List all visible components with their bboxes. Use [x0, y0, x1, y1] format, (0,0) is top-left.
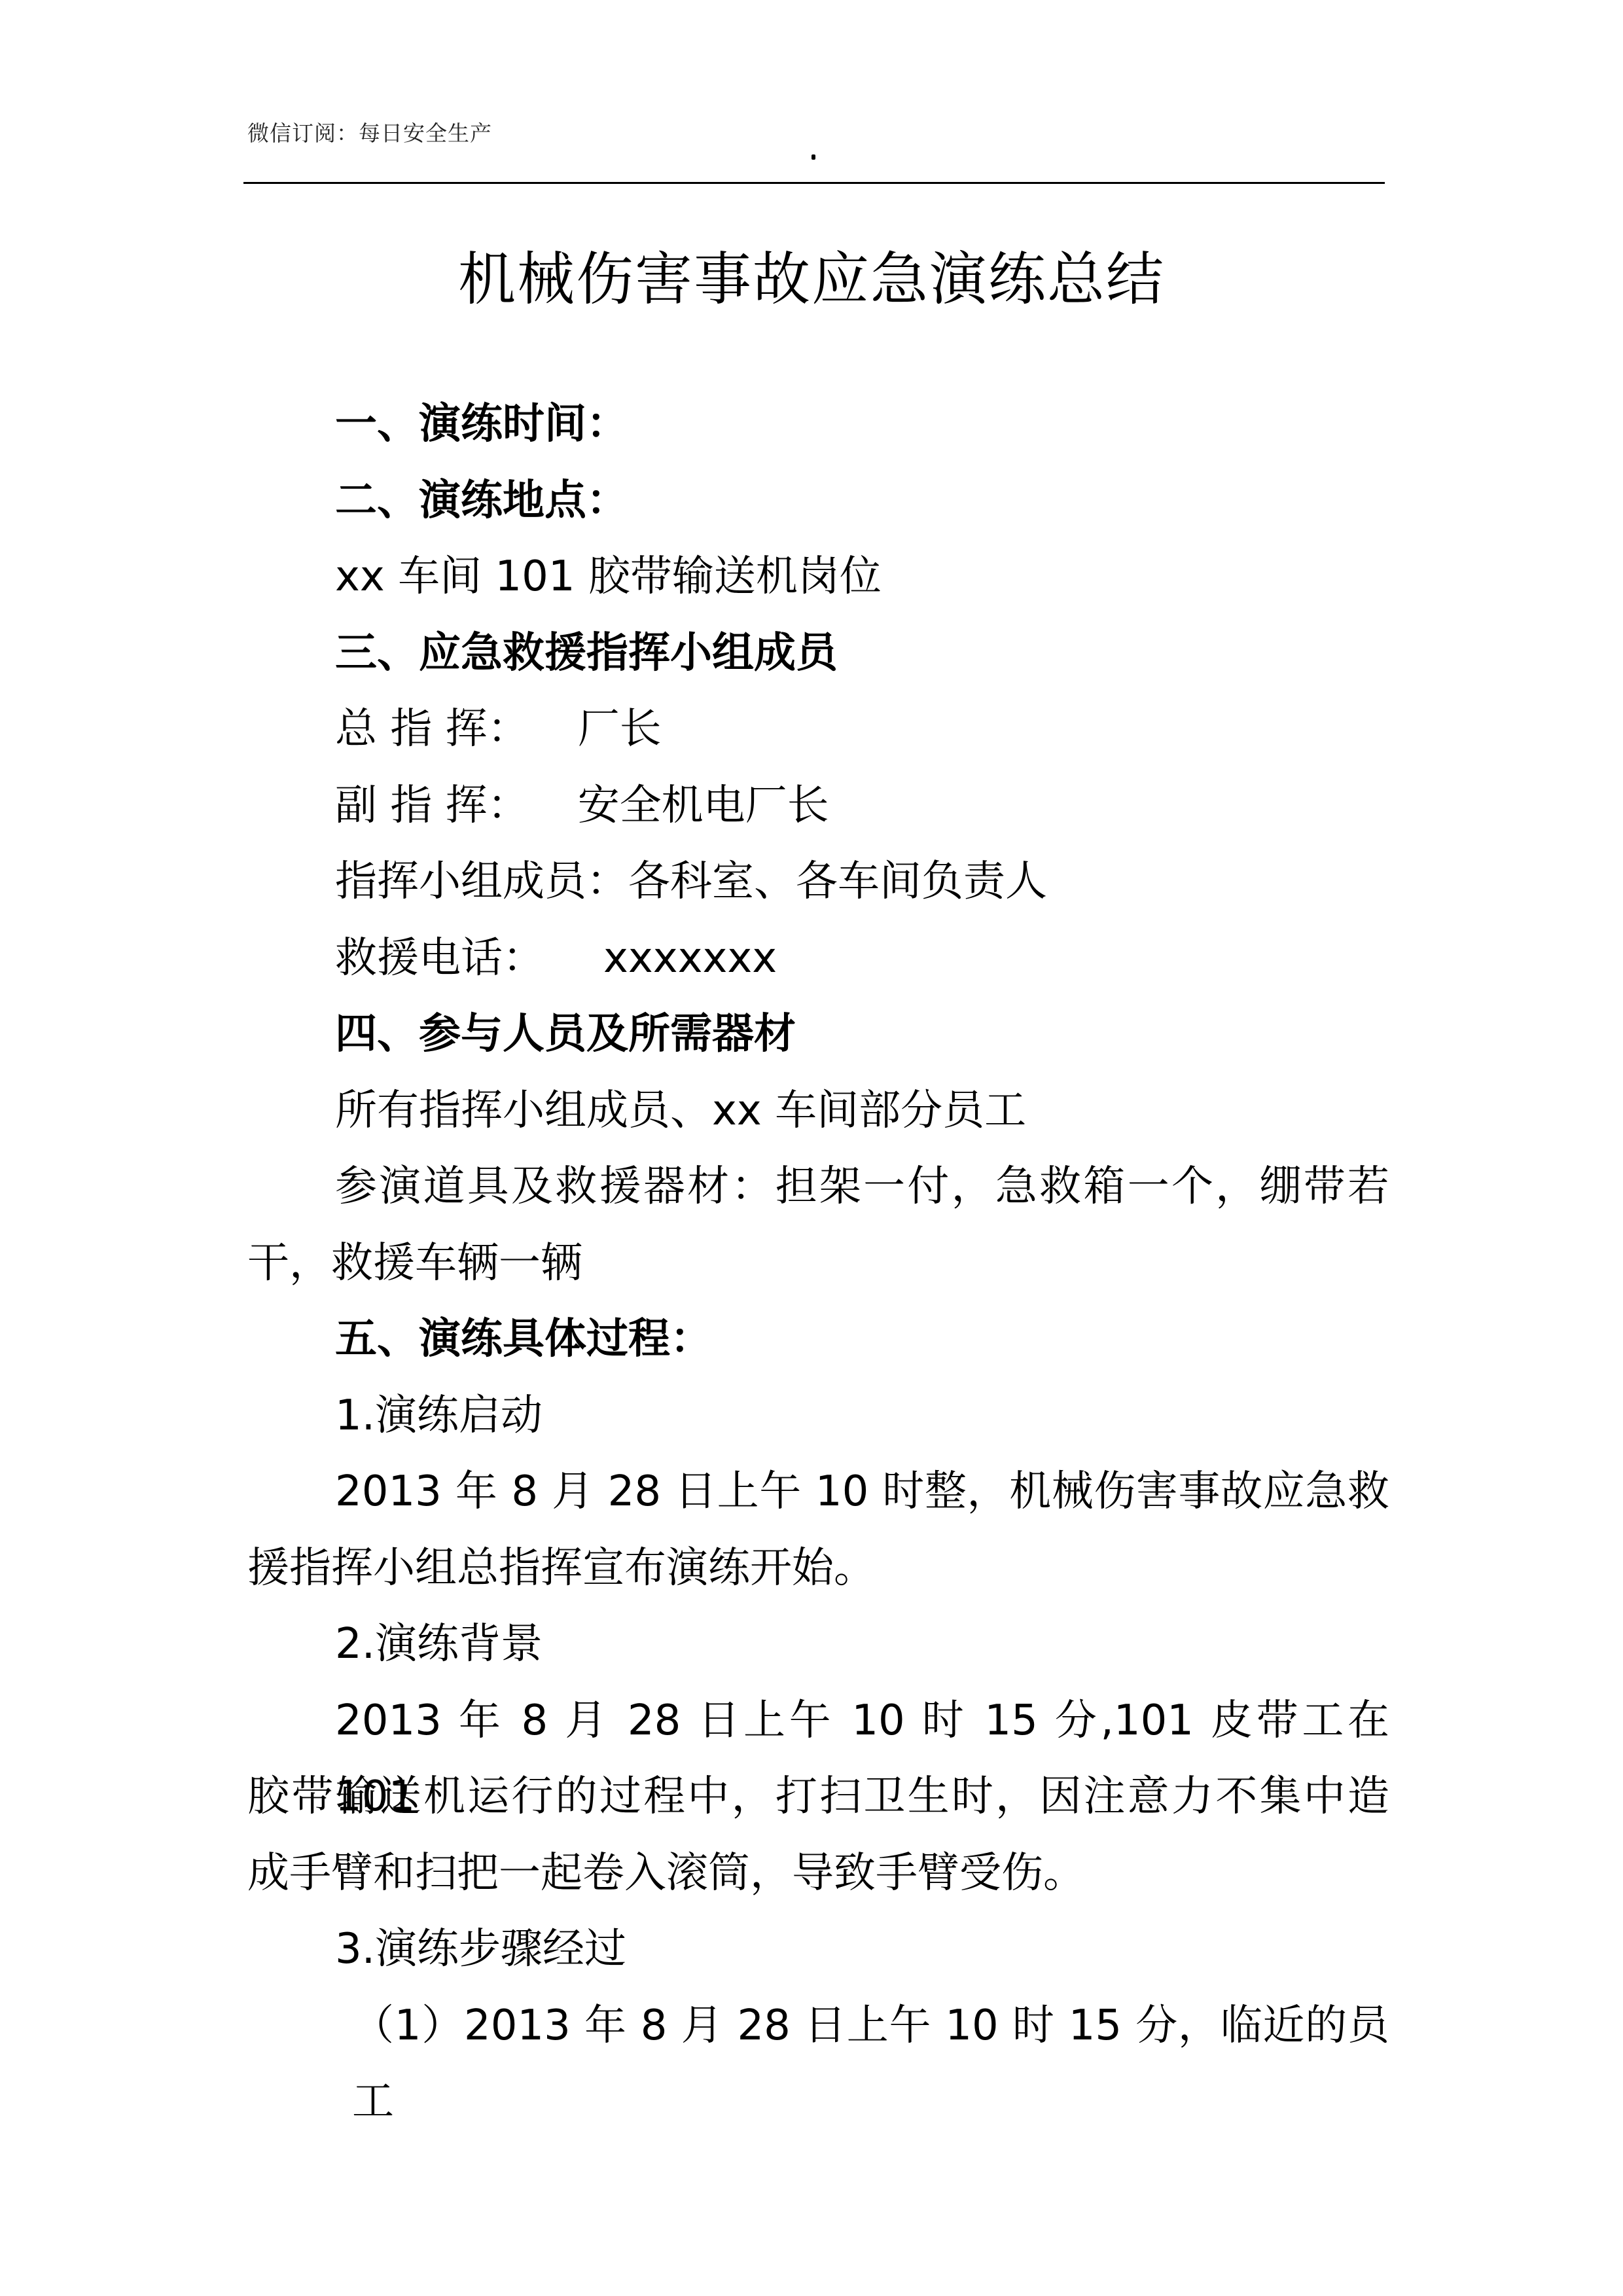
step-2-title: 2.演练背景 [247, 1606, 1389, 1683]
commander-label: 总 指 挥： [335, 705, 529, 753]
section-heading-participants: 四、参与人员及所需器材 [247, 996, 1389, 1073]
step-3-title: 3.演练步骤经过 [247, 1911, 1389, 1988]
header-dot [811, 154, 815, 160]
drill-location: xx 车间 101 胶带输送机岗位 [247, 539, 1389, 615]
deputy-commander-row: 副 指 挥：安全机电厂长 [247, 768, 1389, 844]
document-body: 一、演练时间： 二、演练地点： xx 车间 101 胶带输送机岗位 三、应急救援… [247, 386, 1389, 2064]
header-divider [243, 182, 1385, 184]
deputy-commander-value: 安全机电厂长 [578, 781, 829, 830]
group-members-row: 指挥小组成员：各科室、各车间负责人 [247, 844, 1389, 920]
group-members-value: 各科室、各车间负责人 [628, 857, 1047, 906]
deputy-commander-label: 副 指 挥： [335, 781, 529, 830]
step-2-text-line-3: 成手臂和扫把一起卷入滚筒，导致手臂受伤。 [247, 1835, 1389, 1912]
equipment-text-line-2: 干，救援车辆一辆 [247, 1225, 1389, 1302]
equipment-text-line-1: 参演道具及救援器材：担架一付，急救箱一个，绷带若 [247, 1149, 1389, 1225]
rescue-phone-value: xxxxxxx [603, 934, 777, 982]
section-heading-location: 二、演练地点： [247, 463, 1389, 539]
step-3-item-1: （1）2013 年 8 月 28 日上午 10 时 15 分，临近的员工 [247, 1988, 1389, 2064]
document-page: 微信订阅：每日安全生产 机械伤害事故应急演练总结 一、演练时间： 二、演练地点：… [0, 0, 1623, 2296]
section-heading-process: 五、演练具体过程： [247, 1301, 1389, 1378]
rescue-phone-label: 救援电话： [335, 934, 544, 982]
document-title: 机械伤害事故应急演练总结 [0, 240, 1623, 319]
section-heading-command-group: 三、应急救援指挥小组成员 [247, 615, 1389, 692]
step-2-text-line-1: 2013 年 8 月 28 日上午 10 时 15 分,101 皮带工在 101 [247, 1683, 1389, 1759]
step-1-title: 1.演练启动 [247, 1378, 1389, 1454]
group-members-label: 指挥小组成员： [335, 857, 628, 906]
step-1-text-line-2: 援指挥小组总指挥宣布演练开始。 [247, 1530, 1389, 1607]
header-subscription-note: 微信订阅：每日安全生产 [247, 117, 492, 147]
step-1-text-line-1: 2013 年 8 月 28 日上午 10 时整，机械伤害事故应急救 [247, 1454, 1389, 1530]
step-2-text-line-2: 胶带输送机运行的过程中，打扫卫生时，因注意力不集中造 [247, 1759, 1389, 1835]
section-heading-time: 一、演练时间： [247, 386, 1389, 463]
rescue-phone-row: 救援电话：xxxxxxx [247, 920, 1389, 997]
participants-text: 所有指挥小组成员、xx 车间部分员工 [247, 1073, 1389, 1149]
commander-row: 总 指 挥：厂长 [247, 691, 1389, 768]
commander-value: 厂长 [578, 705, 662, 753]
